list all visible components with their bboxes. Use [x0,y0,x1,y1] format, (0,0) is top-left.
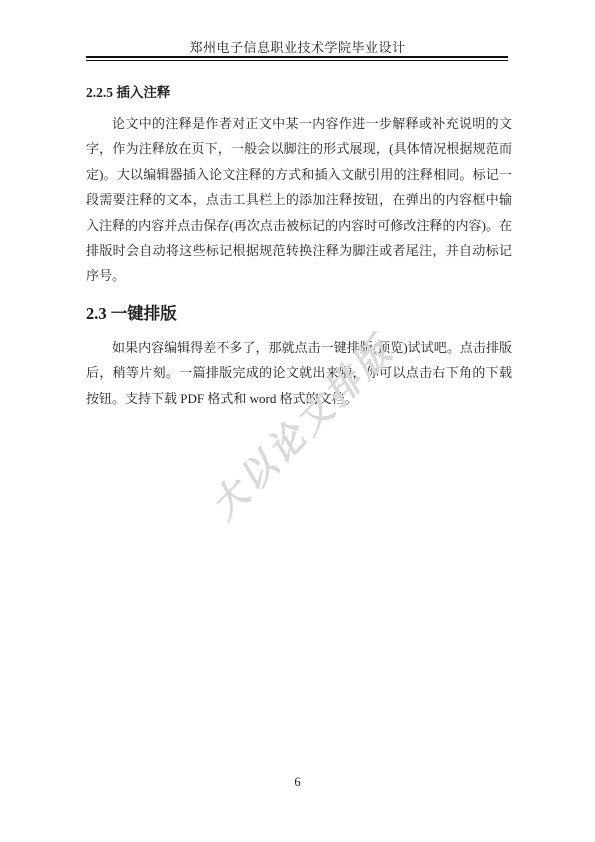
page-header-title: 郑州电子信息职业技术学院毕业设计 [0,37,595,56]
body-paragraph-insert-annotation: 论文中的注释是作者对正文中某一内容作进一步解释或补充说明的文字，作为注释放在页下… [86,111,512,289]
document-page: 郑州电子信息职业技术学院毕业设计 2.2.5 插入注释 论文中的注释是作者对正文… [0,0,595,842]
page-number: 6 [0,775,595,790]
body-paragraph-one-click-layout: 如果内容编辑得差不多了，那就点击一键排版(预览)试试吧。点击排版后，稍等片刻。一… [86,335,512,411]
header-double-rule [86,56,508,61]
section-heading-2-2-5: 2.2.5 插入注释 [86,84,512,102]
document-content: 2.2.5 插入注释 论文中的注释是作者对正文中某一内容作进一步解释或补充说明的… [86,84,512,411]
section-heading-2-3: 2.3 一键排版 [86,303,512,325]
